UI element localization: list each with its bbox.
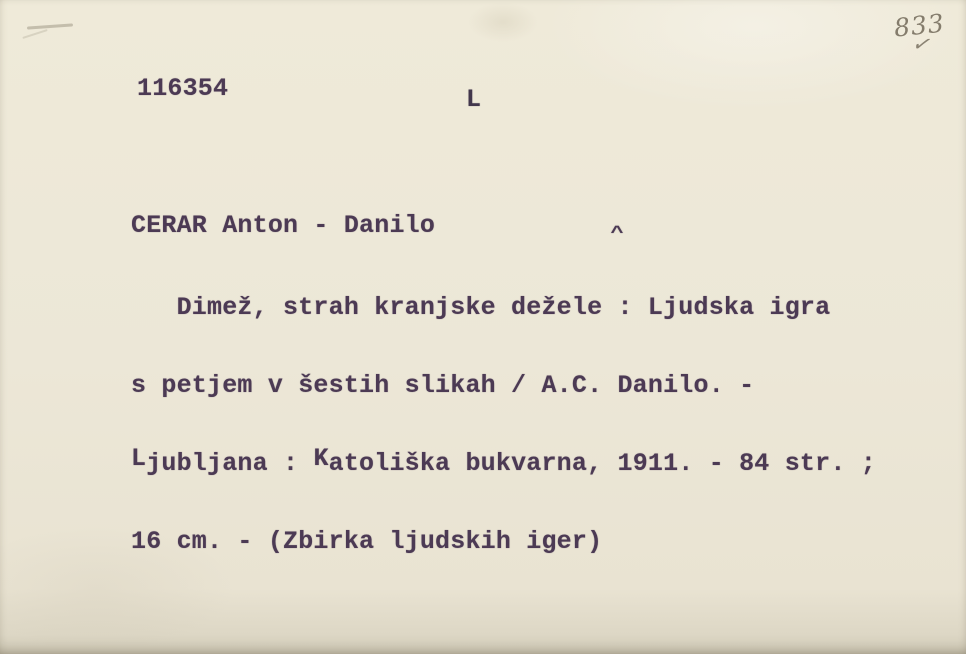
call-number: 116354 [137,76,228,102]
title-line: Dimež, strah kranjske dežele : Ljudska i… [131,295,876,321]
author-heading: CERAR Anton - Danilo [131,213,876,239]
pencil-checkmark: ✓ [910,31,932,57]
catalog-card: 116354 L CERAR Anton - Danilo Dimež, str… [0,0,966,654]
stray-typewriter-mark: ^ [610,225,624,242]
shelf-letter: L [466,87,481,113]
imprint-text: jubljana : [146,449,313,478]
catalog-entry: CERAR Anton - Danilo Dimež, strah kranjs… [131,161,876,607]
imprint-line: Ljubljana : Katoliška bukvarna, 1911. - … [131,451,876,477]
imprint-text: atoliška bukvarna, 1911. - 84 str. ; [329,449,876,478]
collation-line: 16 cm. - (Zbirka ljudskih iger) [131,529,876,555]
pencil-smudge [22,29,47,39]
paper-stain [468,2,538,42]
pencil-smudge [27,23,73,29]
raised-letter-l: L [131,444,146,473]
raised-letter-k: K [313,444,328,473]
subtitle-line: s petjem v šestih slikah / A.C. Danilo. … [131,373,876,399]
